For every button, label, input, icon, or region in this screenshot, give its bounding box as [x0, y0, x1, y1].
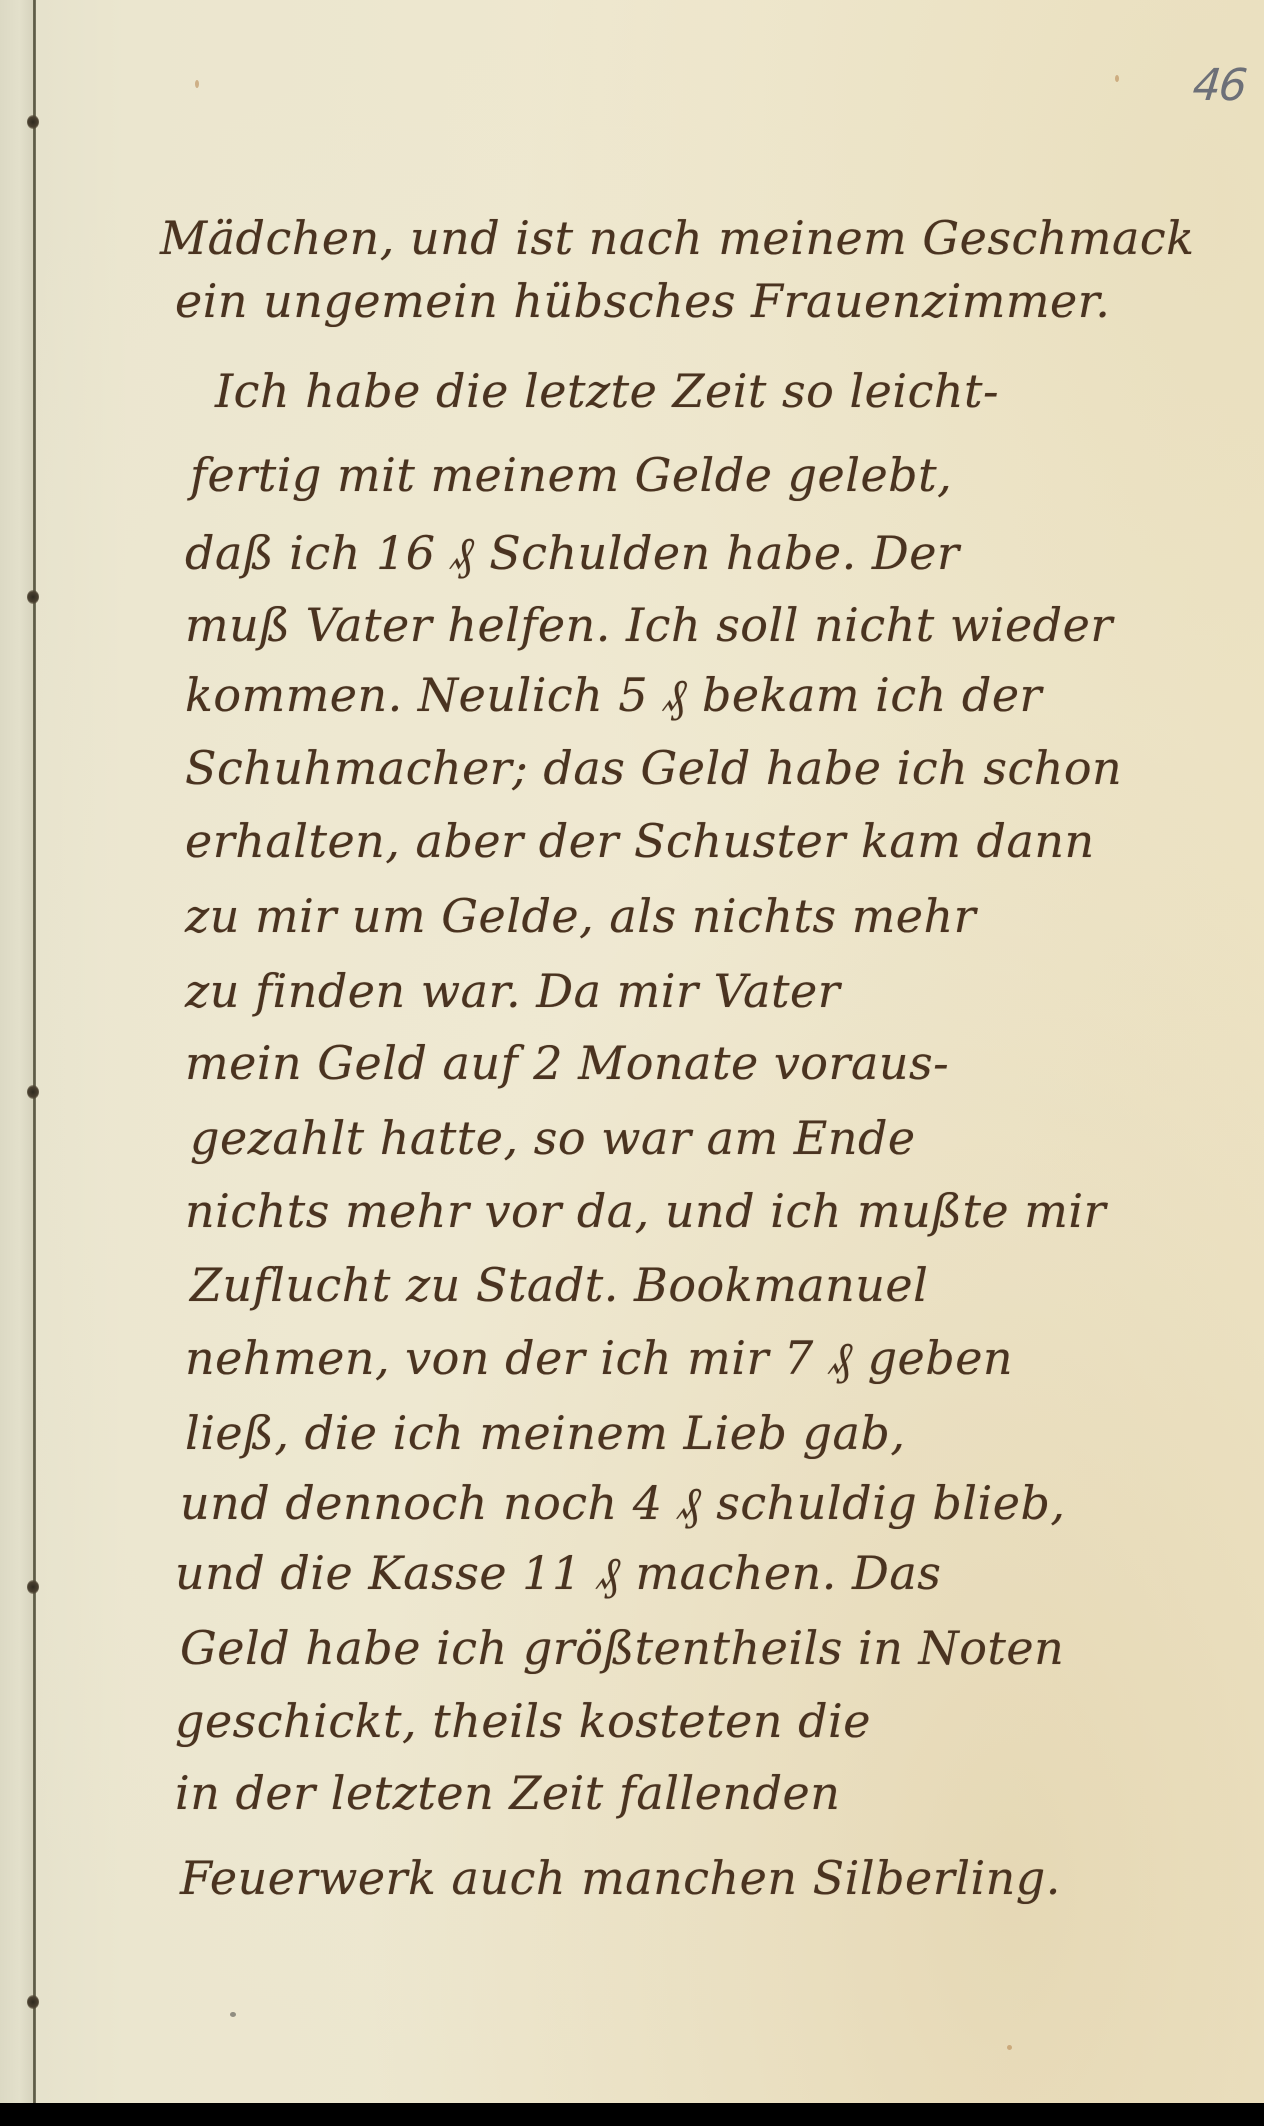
manuscript-line: zu finden war. Da mir Vater [185, 968, 840, 1014]
manuscript-line: daß ich 16 ₰ Schulden habe. Der [185, 530, 959, 576]
manuscript-line: muß Vater helfen. Ich soll nicht wieder [185, 602, 1113, 648]
manuscript-line: Feuerwerk auch manchen Silberling. [180, 1855, 1061, 1901]
manuscript-line: Ich habe die letzte Zeit so leicht- [215, 368, 999, 414]
handwritten-text-block: Mädchen, und ist nach meinem Geschmack e… [0, 0, 1264, 2103]
manuscript-line: geschickt, theils kosteten die [175, 1698, 871, 1744]
manuscript-line: nehmen, von der ich mir 7 ₰ geben [185, 1335, 1013, 1381]
manuscript-line: und dennoch noch 4 ₰ schuldig blieb, [180, 1480, 1066, 1526]
manuscript-line: ein ungemein hübsches Frauenzimmer. [175, 278, 1110, 324]
manuscript-line: Zuflucht zu Stadt. Bookmanuel [190, 1262, 928, 1308]
manuscript-line: kommen. Neulich 5 ₰ bekam ich der [185, 672, 1042, 718]
manuscript-line: Schuhmacher; das Geld habe ich schon [185, 745, 1122, 791]
manuscript-line: ließ, die ich meinem Lieb gab, [185, 1410, 905, 1456]
manuscript-line: in der letzten Zeit fallenden [175, 1770, 840, 1816]
manuscript-page: 46 Mädchen, und ist nach meinem Geschmac… [0, 0, 1264, 2103]
manuscript-line: und die Kasse 11 ₰ machen. Das [175, 1550, 941, 1596]
manuscript-line: nichts mehr vor da, und ich mußte mir [185, 1188, 1106, 1234]
manuscript-line: gezahlt hatte, so war am Ende [190, 1115, 916, 1161]
manuscript-line: mein Geld auf 2 Monate voraus- [185, 1040, 949, 1086]
manuscript-line: fertig mit meinem Gelde gelebt, [190, 452, 952, 498]
manuscript-line: erhalten, aber der Schuster kam dann [185, 818, 1095, 864]
scan-border [0, 2103, 1264, 2126]
manuscript-line: Mädchen, und ist nach meinem Geschmack [160, 215, 1195, 261]
manuscript-line: zu mir um Gelde, als nichts mehr [185, 893, 976, 939]
manuscript-line: Geld habe ich größtentheils in Noten [180, 1625, 1064, 1671]
